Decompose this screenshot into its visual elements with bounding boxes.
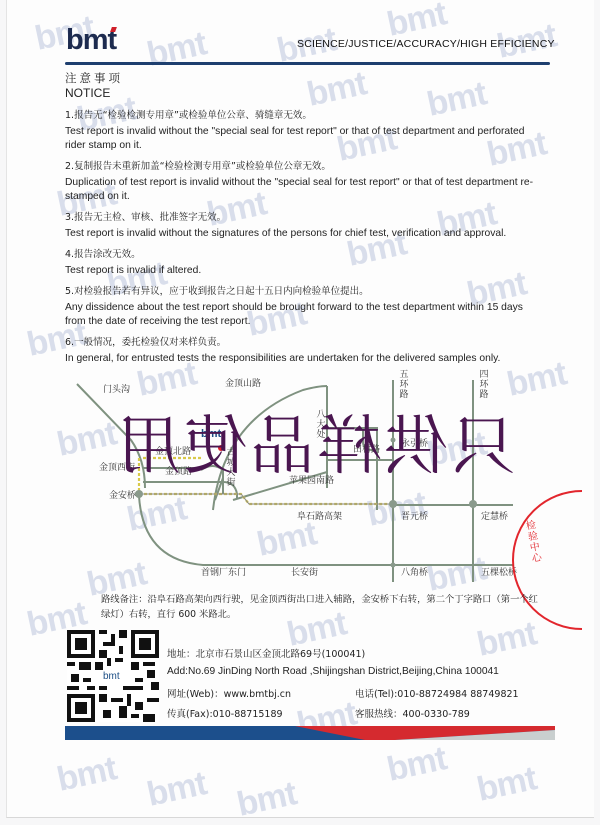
notice-page: bmt bmt bmt bmt bmt bmt bmt bmt bmt bmt … bbox=[6, 0, 594, 818]
junction-dot bbox=[135, 490, 143, 498]
notice-item-cn: 1.报告无“检验检测专用章”或检验单位公章、骑缝章无效。 bbox=[65, 108, 545, 123]
junction-dot bbox=[389, 500, 397, 508]
map-label: 金顶路 bbox=[165, 464, 192, 477]
bmt-logo: bmt bbox=[66, 24, 116, 57]
map-label: 金顶山路 bbox=[225, 376, 261, 389]
junction-dot bbox=[391, 563, 396, 568]
header-rule bbox=[65, 62, 550, 65]
junction-dot bbox=[391, 438, 396, 443]
map-label: 古城大街 bbox=[226, 448, 236, 488]
notice-item-en: Test report is invalid if altered. bbox=[65, 264, 545, 278]
map-label: 金顶北路 bbox=[155, 444, 191, 457]
map-label: 田村路 bbox=[353, 442, 380, 455]
map-label: 金顶西街 bbox=[99, 460, 135, 473]
notice-item: 2.复制报告未重新加盖“检验检测专用章”或检验单位公章无效。 Duplicati… bbox=[65, 159, 545, 204]
telephone: 电话(Tel):010-88724984 88749821 bbox=[355, 686, 519, 700]
notice-list: 1.报告无“检验检测专用章”或检验单位公章、骑缝章无效。 Test report… bbox=[65, 108, 545, 372]
notice-item-cn: 3.报告无主检、审核、批准签字无效。 bbox=[65, 210, 545, 225]
notice-item: 5.对检验报告若有异议，应于收到报告之日起十五日内向检验单位提出。 Any di… bbox=[65, 284, 545, 329]
notice-item-en: Test report is invalid without the signa… bbox=[65, 227, 545, 241]
junction-dot bbox=[469, 500, 477, 508]
fax: 传真(Fax):010-88715189 bbox=[167, 706, 283, 720]
map-label: 五棵松桥 bbox=[481, 565, 517, 578]
website[interactable]: 网址(Web)：www.bmtbj.cn bbox=[167, 686, 291, 700]
notice-item-en: Any dissidence about the test report sho… bbox=[65, 301, 545, 329]
notice-item: 3.报告无主检、审核、批准签字无效。 Test report is invali… bbox=[65, 210, 545, 241]
notice-item-en: Duplication of test report is invalid wi… bbox=[65, 176, 545, 204]
location-marker bbox=[218, 445, 224, 451]
map-bmt-marker-label: bmt bbox=[201, 428, 221, 440]
notice-item: 4.报告涂改无效。 Test report is invalid if alte… bbox=[65, 247, 545, 278]
watermark-logo: bmt bbox=[384, 739, 450, 789]
qr-logo: bmt bbox=[101, 671, 122, 682]
map-label: 定慧桥 bbox=[481, 509, 508, 522]
address-en: Add:No.69 JinDing North Road ,Shijingsha… bbox=[167, 666, 499, 677]
map-label: 门头沟 bbox=[103, 382, 130, 395]
watermark-logo: bmt bbox=[144, 764, 210, 814]
address-cn: 地址：北京市石景山区金顶北路69号(100041) bbox=[167, 646, 365, 660]
watermark-logo: bmt bbox=[144, 24, 210, 74]
route-note: 路线备注：沿阜石路高架向西行驶，见金顶西街出口进入辅路，金安桥下右转，第二个丁字… bbox=[101, 592, 541, 622]
slogan: SCIENCE/JUSTICE/ACCURACY/HIGH EFFICIENCY bbox=[297, 38, 555, 50]
notice-item-cn: 5.对检验报告若有异议，应于收到报告之日起十五日内向检验单位提出。 bbox=[65, 284, 545, 299]
map-label: 长安街 bbox=[291, 565, 318, 578]
map-label: 八角桥 bbox=[401, 565, 428, 578]
map-label: 首钢厂东门 bbox=[201, 565, 246, 578]
notice-title-cn: 注意事项 bbox=[65, 70, 123, 86]
logo-text: bmt bbox=[66, 24, 116, 56]
qr-code[interactable]: bmt bbox=[67, 630, 159, 722]
hotline: 客服热线：400-0330-789 bbox=[355, 706, 470, 720]
watermark-logo: bmt bbox=[54, 749, 120, 799]
notice-item-cn: 6.一般情况，委托检验仅对来样负责。 bbox=[65, 335, 545, 350]
map-label: 八大处 bbox=[316, 410, 326, 440]
map-label: 苹果园南路 bbox=[289, 473, 334, 486]
map-label: 阜石路高架 bbox=[297, 509, 342, 522]
location-map: 门头沟 金顶山路 金顶北路 金顶西街 金顶路 金安桥 苹果园南路 田村路 阜石路… bbox=[63, 360, 583, 590]
map-label: 金安桥 bbox=[109, 488, 136, 501]
map-label: 晋元桥 bbox=[401, 509, 428, 522]
notice-item-cn: 4.报告涂改无效。 bbox=[65, 247, 545, 262]
watermark-logo: bmt bbox=[234, 774, 300, 818]
notice-item: 1.报告无“检验检测专用章”或检验单位公章、骑缝章无效。 Test report… bbox=[65, 108, 545, 153]
watermark-logo: bmt bbox=[474, 759, 540, 809]
notice-item-en: Test report is invalid without the "spec… bbox=[65, 125, 545, 153]
map-label: 四环路 bbox=[479, 370, 489, 400]
notice-title-en: NOTICE bbox=[65, 86, 110, 100]
footer-color-band bbox=[65, 726, 555, 740]
notice-item-cn: 2.复制报告未重新加盖“检验检测专用章”或检验单位公章无效。 bbox=[65, 159, 545, 174]
map-label: 永引桥 bbox=[401, 436, 428, 449]
map-label: 五环路 bbox=[399, 370, 409, 400]
